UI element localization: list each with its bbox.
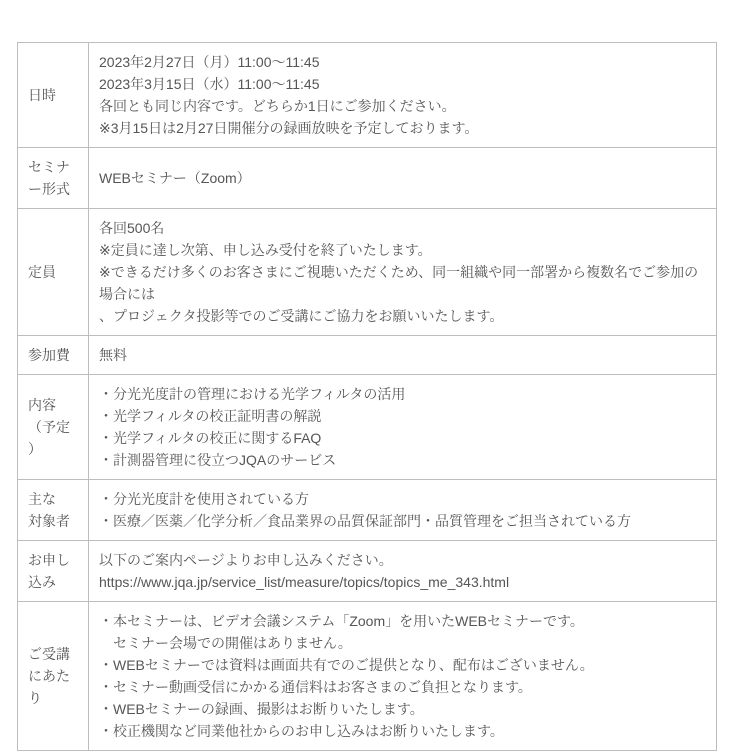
row-value-datetime: 2023年2月27日（月）11:00～11:45 2023年3月15日（水）11…	[89, 43, 717, 148]
row-value-fee: 無料	[89, 336, 717, 375]
row-value-format: WEBセミナー（Zoom）	[89, 148, 717, 209]
table-row-format: セミナ ー形式 WEBセミナー（Zoom）	[18, 148, 717, 209]
row-header-format: セミナ ー形式	[18, 148, 89, 209]
row-header-audience: 主な 対象者	[18, 480, 89, 541]
row-value-notes: ・本セミナーは、ビデオ会議システム「Zoom」を用いたWEBセミナーです。 セミ…	[89, 602, 717, 751]
row-header-content: 内容 （予定 ）	[18, 375, 89, 480]
row-value-application: 以下のご案内ページよりお申し込みください。 https://www.jqa.jp…	[89, 541, 717, 602]
seminar-info-section: 日時 2023年2月27日（月）11:00～11:45 2023年3月15日（水…	[17, 42, 717, 751]
table-row-capacity: 定員 各回500名 ※定員に達し次第、申し込み受付を終了いたします。 ※できるだ…	[18, 209, 717, 336]
row-value-content: ・分光光度計の管理における光学フィルタの活用 ・光学フィルタの校正証明書の解説 …	[89, 375, 717, 480]
row-header-notes: ご受講 にあた り	[18, 602, 89, 751]
table-row-notes: ご受講 にあた り ・本セミナーは、ビデオ会議システム「Zoom」を用いたWEB…	[18, 602, 717, 751]
row-value-audience: ・分光光度計を使用されている方 ・医療／医薬／化学分析／食品業界の品質保証部門・…	[89, 480, 717, 541]
table-row-audience: 主な 対象者 ・分光光度計を使用されている方 ・医療／医薬／化学分析／食品業界の…	[18, 480, 717, 541]
table-row-content: 内容 （予定 ） ・分光光度計の管理における光学フィルタの活用 ・光学フィルタの…	[18, 375, 717, 480]
seminar-info-table: 日時 2023年2月27日（月）11:00～11:45 2023年3月15日（水…	[17, 42, 717, 751]
table-row-application: お申し 込み 以下のご案内ページよりお申し込みください。 https://www…	[18, 541, 717, 602]
row-header-application: お申し 込み	[18, 541, 89, 602]
table-row-datetime: 日時 2023年2月27日（月）11:00～11:45 2023年3月15日（水…	[18, 43, 717, 148]
row-header-datetime: 日時	[18, 43, 89, 148]
table-row-fee: 参加費 無料	[18, 336, 717, 375]
row-value-capacity: 各回500名 ※定員に達し次第、申し込み受付を終了いたします。 ※できるだけ多く…	[89, 209, 717, 336]
row-header-capacity: 定員	[18, 209, 89, 336]
row-header-fee: 参加費	[18, 336, 89, 375]
